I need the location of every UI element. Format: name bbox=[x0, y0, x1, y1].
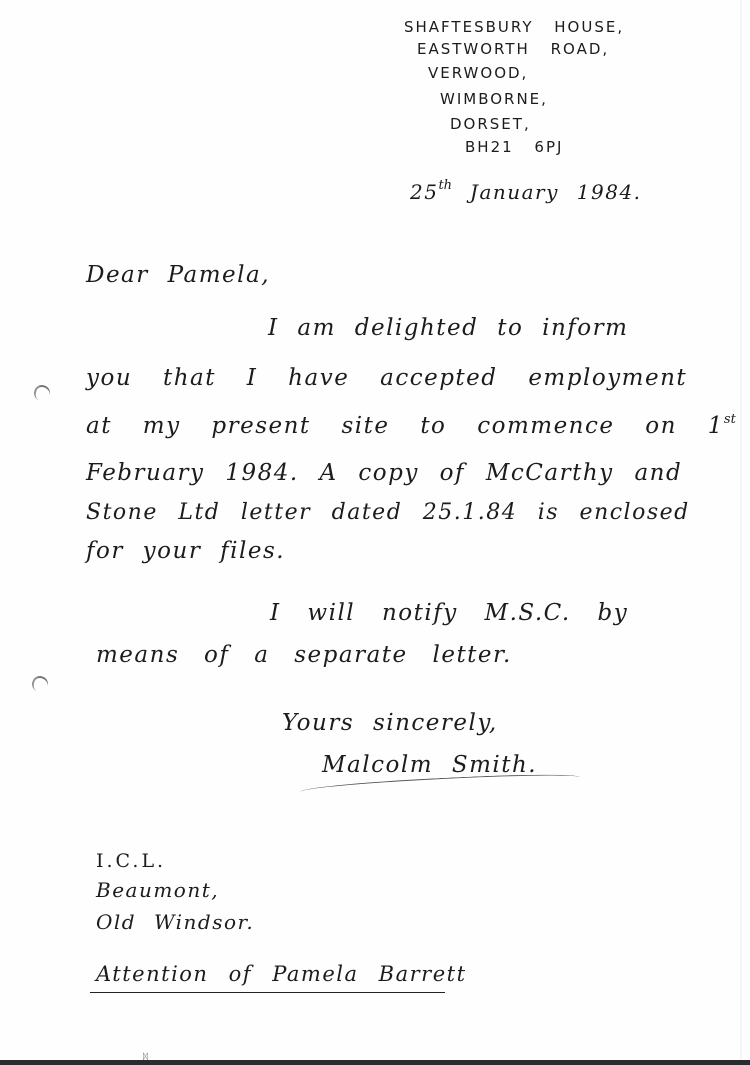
punch-hole-mark-bottom bbox=[30, 674, 51, 695]
attention-underline bbox=[90, 992, 445, 993]
body-line: Stone Ltd letter dated 25.1.84 is enclos… bbox=[86, 500, 690, 525]
punch-hole-mark-top bbox=[32, 383, 53, 404]
body-line: means of a separate letter. bbox=[96, 642, 512, 668]
body-line: for your files. bbox=[86, 538, 285, 564]
letter-date: 25th January 1984. bbox=[410, 178, 642, 204]
date-day: 25 bbox=[410, 180, 438, 204]
sender-address-line-5: DORSET, bbox=[450, 115, 531, 133]
body-line: at my present site to commence on 1st bbox=[86, 412, 736, 439]
letter-page: SHAFTESBURY HOUSE, EASTWORTH ROAD, VERWO… bbox=[0, 0, 750, 1060]
date-month-year: January 1984. bbox=[470, 180, 642, 204]
signature: Malcolm Smith. bbox=[322, 752, 537, 778]
body-line: February 1984. A copy of McCarthy and bbox=[86, 460, 682, 486]
closing: Yours sincerely, bbox=[282, 710, 498, 736]
scan-bottom-edge bbox=[0, 1060, 750, 1065]
body-line: you that I have accepted employment bbox=[86, 365, 687, 391]
sender-address-line-4: WIMBORNE, bbox=[440, 90, 548, 108]
page-edge bbox=[740, 0, 742, 1060]
date-day-suffix: th bbox=[438, 178, 452, 193]
sender-address-line-2: EASTWORTH ROAD, bbox=[417, 40, 609, 58]
ordinal-suffix: st bbox=[724, 412, 736, 427]
attention-line: Attention of Pamela Barrett bbox=[96, 962, 467, 986]
sender-address-line-6: BH21 6PJ bbox=[465, 138, 563, 156]
recipient-address-line-1: I.C.L. bbox=[96, 850, 166, 872]
recipient-address-line-3: Old Windsor. bbox=[96, 910, 254, 934]
body-line-text: at my present site to commence on 1 bbox=[86, 413, 724, 439]
sender-address-line-1: SHAFTESBURY HOUSE, bbox=[404, 18, 624, 36]
salutation: Dear Pamela, bbox=[86, 262, 270, 288]
recipient-address-line-2: Beaumont, bbox=[96, 878, 219, 902]
body-line: I will notify M.S.C. by bbox=[270, 600, 628, 626]
sender-address-line-3: VERWOOD, bbox=[428, 64, 528, 82]
body-line: I am delighted to inform bbox=[268, 315, 628, 341]
